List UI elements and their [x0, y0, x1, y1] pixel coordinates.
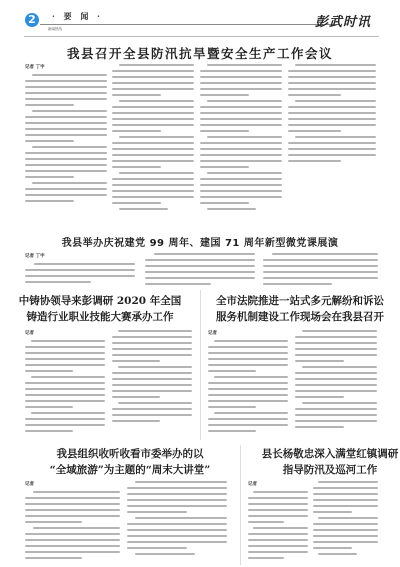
text-line [25, 158, 107, 160]
text-line [32, 110, 107, 112]
text-line [313, 511, 352, 513]
text-line [25, 134, 107, 136]
text-line [127, 511, 187, 513]
text-line [112, 166, 161, 168]
text-line [208, 388, 288, 390]
text-line [208, 358, 288, 360]
article-3-col-1 [25, 340, 105, 436]
text-line [200, 94, 249, 96]
text-line [25, 176, 74, 178]
text-line [25, 430, 73, 432]
text-line [25, 509, 120, 511]
text-line [313, 487, 378, 489]
text-line [295, 426, 344, 428]
text-line [135, 517, 227, 519]
text-line [200, 82, 282, 84]
article-1-col-1 [25, 74, 107, 206]
text-line [25, 388, 105, 390]
text-line [208, 406, 256, 408]
text-line [145, 265, 255, 267]
text-line [302, 402, 377, 404]
masthead-brand: 彭武时讯 [315, 11, 371, 30]
text-line [25, 281, 91, 283]
text-line [112, 196, 194, 198]
text-line [295, 420, 377, 422]
text-line [272, 253, 378, 255]
text-line [112, 190, 194, 192]
text-line [200, 142, 282, 144]
text-line [288, 88, 376, 90]
text-line [248, 509, 308, 511]
text-line [295, 354, 377, 356]
text-line [119, 100, 194, 102]
text-line [208, 400, 288, 402]
text-line [207, 100, 282, 102]
text-line [288, 82, 376, 84]
text-line [25, 346, 105, 348]
text-line [118, 402, 192, 404]
text-line [313, 535, 378, 537]
article-2-col-3 [263, 253, 378, 289]
text-line [248, 515, 308, 517]
text-line [25, 269, 135, 271]
text-line [25, 551, 120, 553]
article-5-col-1 [25, 491, 120, 563]
text-line [154, 253, 255, 255]
text-line [25, 140, 74, 142]
text-line [112, 372, 192, 374]
text-line [295, 414, 377, 416]
text-line [208, 370, 256, 372]
article-1-col-2 [112, 64, 194, 214]
text-line [295, 384, 377, 386]
text-line [25, 152, 107, 154]
text-line [119, 208, 168, 210]
text-line [208, 364, 288, 366]
text-line [288, 142, 376, 144]
text-line [112, 396, 160, 398]
text-line [112, 118, 194, 120]
article-6-byline: 记者 [248, 481, 257, 487]
text-line [295, 408, 377, 410]
text-line [112, 202, 161, 204]
article-6-col-1 [248, 491, 308, 563]
text-line [318, 481, 378, 483]
text-line [25, 275, 135, 277]
article-4-col-1 [208, 340, 288, 436]
article-2-byline: 记者 丁宇 [25, 253, 45, 259]
article-5-col-2 [127, 481, 227, 559]
text-line [288, 124, 376, 126]
text-line [200, 166, 249, 168]
article-1-byline: 记者 丁宇 [25, 64, 45, 70]
text-line [25, 358, 105, 360]
text-line [25, 515, 120, 517]
text-line [313, 523, 378, 525]
column-divider [240, 445, 241, 565]
article-3-byline: 记者 [25, 330, 34, 336]
text-line [208, 394, 288, 396]
text-line [112, 342, 192, 344]
text-line [313, 505, 378, 507]
text-line [200, 190, 282, 192]
text-line [208, 418, 288, 420]
text-line [25, 200, 74, 202]
header-subline: 新闻热线 [48, 27, 62, 32]
text-line [295, 396, 344, 398]
text-line [200, 130, 249, 132]
text-line [208, 346, 288, 348]
text-line [313, 547, 352, 549]
text-line [288, 154, 376, 156]
text-line [302, 366, 377, 368]
text-line [112, 390, 192, 392]
text-line [119, 64, 194, 66]
text-line [112, 408, 192, 410]
text-line [25, 545, 120, 547]
article-2-headline: 我县举办庆祝建党 99 周年、建国 71 周年新型微党课展演 [0, 234, 400, 249]
text-line [302, 330, 377, 332]
text-line [200, 184, 282, 186]
text-line [25, 92, 107, 94]
article-3-col-2 [112, 330, 192, 426]
text-line [200, 112, 282, 114]
text-line [263, 283, 332, 285]
text-line [288, 76, 376, 78]
text-line [25, 352, 105, 354]
text-line [112, 88, 194, 90]
text-line [112, 70, 194, 72]
text-line [127, 499, 227, 501]
article-3-headline: 中铸协领导来彭调研 2020 年全国 铸造行业职业技能大赛承办工作 [0, 293, 200, 325]
text-line [248, 533, 308, 535]
text-line [25, 418, 105, 420]
text-line [112, 184, 194, 186]
text-line [33, 527, 120, 529]
text-line [25, 539, 120, 541]
text-line [288, 160, 341, 162]
text-line [25, 364, 105, 366]
text-line [295, 360, 344, 362]
article-5-headline: 我县组织收听收看市委举办的以 “全域旅游”为主题的“周末大讲堂” [20, 446, 240, 478]
text-line [25, 533, 120, 535]
text-line [313, 493, 378, 495]
text-line [248, 551, 308, 553]
text-line [112, 378, 192, 380]
header-divider [24, 36, 379, 37]
text-line [288, 112, 376, 114]
text-line [112, 106, 194, 108]
text-line [119, 172, 194, 174]
text-line [208, 352, 288, 354]
text-line [214, 376, 288, 378]
text-line [25, 497, 120, 499]
page-header: 2 · 要 闻 · 新闻热线 彭武时讯 [0, 0, 400, 40]
text-line [318, 517, 378, 519]
text-line [200, 196, 282, 198]
text-line [200, 118, 282, 120]
text-line [127, 529, 227, 531]
text-line [208, 424, 288, 426]
article-6-headline: 县长杨敬忠深入满堂红镇调研 指导防汛及巡河工作 [255, 446, 400, 478]
text-line [25, 394, 105, 396]
text-line [248, 557, 284, 559]
text-line [127, 493, 227, 495]
text-line [119, 136, 194, 138]
page-number-badge: 2 [25, 13, 39, 27]
text-line [295, 100, 376, 102]
text-line [288, 70, 376, 72]
article-4-headline: 全市法院推进一站式多元解纷和诉讼 服务机制建设工作现场会在我县召开 [200, 293, 400, 325]
text-line [25, 400, 105, 402]
text-line [112, 112, 194, 114]
text-line [25, 170, 107, 172]
article-1-col-4 [288, 64, 376, 166]
text-line [248, 539, 308, 541]
text-line [214, 340, 288, 342]
text-line [207, 172, 282, 174]
text-line [253, 491, 308, 493]
text-line [214, 412, 288, 414]
text-line [135, 481, 227, 483]
text-line [208, 382, 288, 384]
text-line [200, 154, 282, 156]
text-line [112, 414, 192, 416]
text-line [263, 277, 378, 279]
text-line [135, 553, 195, 555]
text-line [295, 348, 377, 350]
text-line [118, 366, 192, 368]
text-line [200, 160, 282, 162]
text-line [127, 487, 227, 489]
article-1-headline: 我县召开全县防汛抗旱暨安全生产工作会议 [0, 44, 400, 62]
text-line [25, 382, 105, 384]
text-line [31, 340, 105, 342]
text-line [25, 370, 73, 372]
text-line [253, 527, 308, 529]
section-title: · 要 闻 · [52, 11, 103, 22]
text-line [313, 499, 378, 501]
text-line [112, 420, 160, 422]
text-line [112, 130, 161, 132]
text-line [200, 124, 282, 126]
text-line [295, 342, 377, 344]
text-line [25, 122, 107, 124]
text-line [112, 178, 194, 180]
text-line [112, 384, 192, 386]
article-2-col-2 [145, 253, 255, 289]
text-line [127, 541, 227, 543]
text-line [263, 265, 378, 267]
text-line [25, 86, 107, 88]
text-line [25, 164, 107, 166]
text-line [34, 263, 135, 265]
text-line [25, 521, 82, 523]
text-line [200, 76, 282, 78]
text-line [145, 271, 255, 273]
text-line [295, 336, 377, 338]
text-line [318, 553, 357, 555]
text-line [200, 202, 249, 204]
article-4-byline: 记者 [208, 330, 217, 336]
text-line [288, 94, 341, 96]
text-line [25, 128, 107, 130]
text-line [25, 104, 74, 106]
text-line [145, 259, 255, 261]
text-line [288, 118, 376, 120]
text-line [200, 88, 282, 90]
text-line [33, 491, 120, 493]
article-2-col-1 [25, 263, 135, 287]
article-5-byline: 记者 [25, 481, 34, 487]
text-line [118, 330, 192, 332]
text-line [145, 277, 255, 279]
text-line [248, 503, 308, 505]
text-line [25, 98, 107, 100]
text-line [25, 80, 107, 82]
text-line [288, 130, 341, 132]
text-line [295, 378, 377, 380]
article-1-col-3 [200, 64, 282, 214]
text-line [200, 106, 282, 108]
text-line [112, 76, 194, 78]
text-line [288, 148, 376, 150]
text-line [112, 124, 194, 126]
text-line [112, 336, 192, 338]
text-line [112, 154, 194, 156]
text-line [248, 497, 308, 499]
text-line [32, 74, 107, 76]
text-line [207, 136, 282, 138]
text-line [25, 188, 107, 190]
text-line [25, 503, 120, 505]
text-line [207, 64, 282, 66]
header-rule [40, 24, 340, 25]
text-line [208, 430, 256, 432]
text-line [112, 94, 161, 96]
text-line [295, 372, 377, 374]
text-line [248, 521, 284, 523]
text-line [127, 523, 227, 525]
text-line [32, 146, 107, 148]
text-line [200, 178, 282, 180]
text-line [127, 547, 187, 549]
text-line [25, 406, 73, 408]
text-line [248, 545, 308, 547]
text-line [127, 535, 227, 537]
text-line [263, 259, 378, 261]
text-line [31, 412, 105, 414]
text-line [112, 82, 194, 84]
text-line [25, 194, 107, 196]
text-line [127, 505, 227, 507]
text-line [25, 424, 105, 426]
text-line [112, 348, 192, 350]
text-line [263, 271, 378, 273]
text-line [112, 142, 194, 144]
text-line [200, 70, 282, 72]
text-line [295, 136, 376, 138]
text-line [295, 64, 376, 66]
text-line [112, 160, 194, 162]
text-line [112, 360, 160, 362]
text-line [25, 116, 107, 118]
article-6-col-2 [313, 481, 378, 559]
text-line [112, 148, 194, 150]
text-line [200, 148, 282, 150]
text-line [112, 354, 192, 356]
text-line [288, 106, 376, 108]
text-line [207, 208, 256, 210]
text-line [31, 376, 105, 378]
text-line [145, 283, 211, 285]
text-line [295, 390, 377, 392]
text-line [32, 182, 107, 184]
text-line [25, 557, 82, 559]
text-line [313, 541, 378, 543]
article-4-col-2 [295, 330, 377, 432]
text-line [313, 529, 378, 531]
